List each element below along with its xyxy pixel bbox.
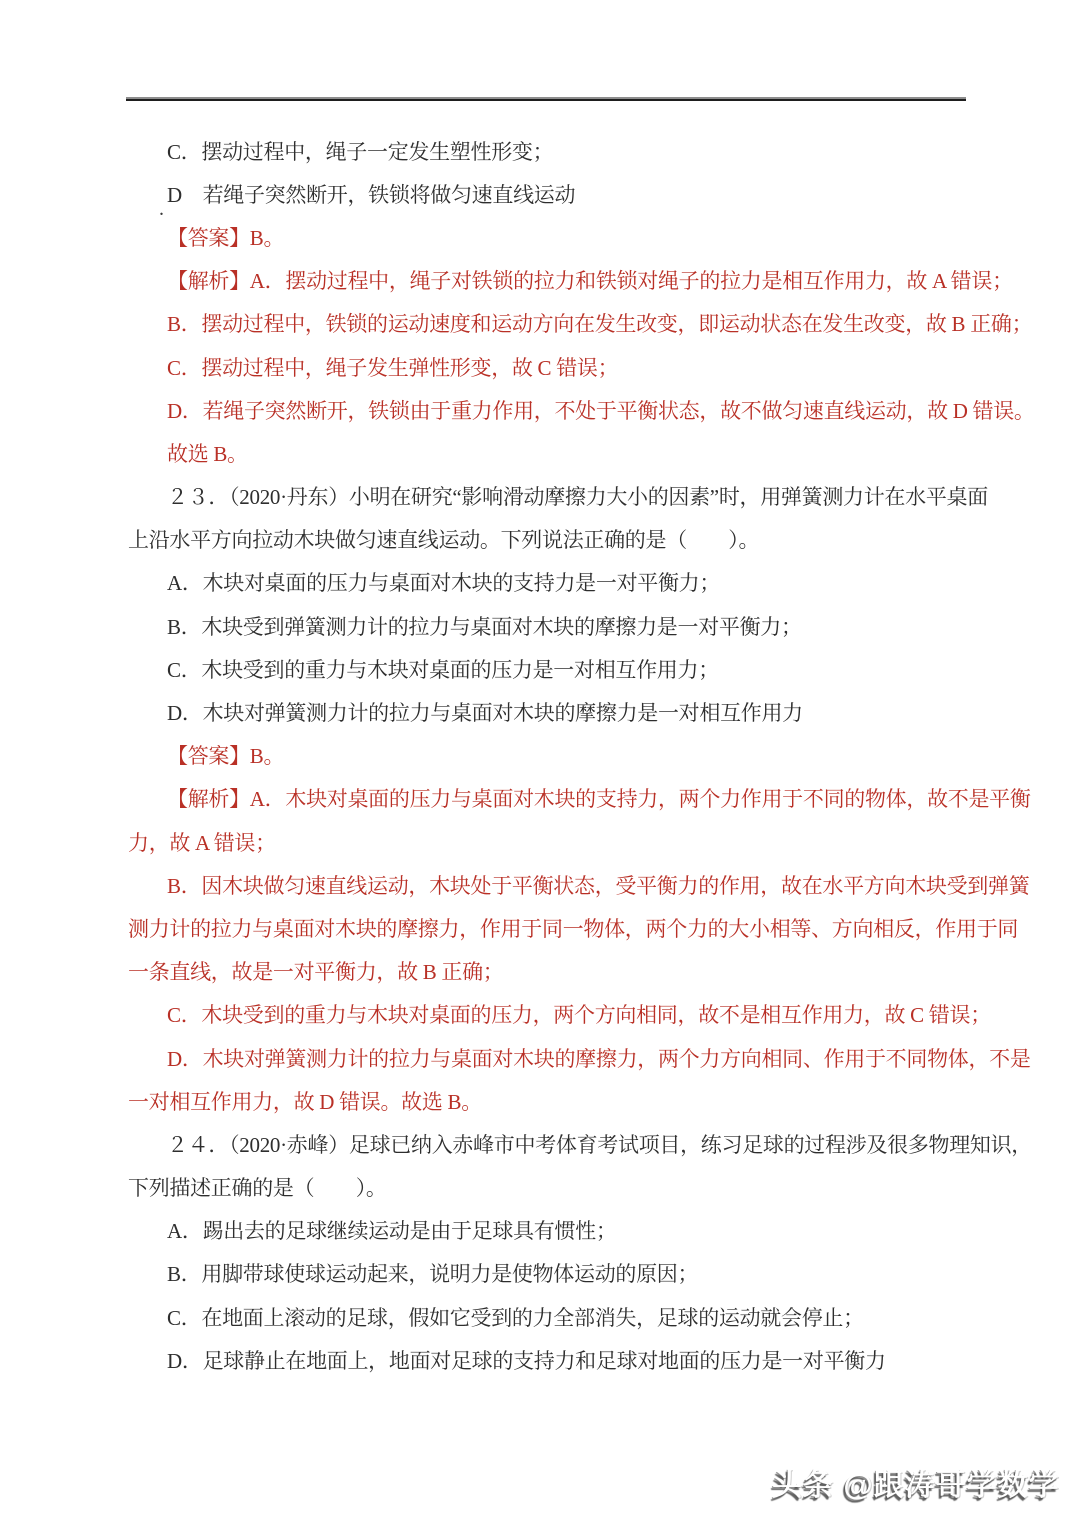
text-line: 【答案】B。 xyxy=(128,215,978,258)
text-line: 力，故 A 错误； xyxy=(128,820,978,863)
text-line: C．在地面上滚动的足球，假如它受到的力全部消失，足球的运动就会停止； xyxy=(128,1295,978,1338)
text-line: C．木块受到的重力与木块对桌面的压力，两个方向相同，故不是相互作用力，故 C 错… xyxy=(128,993,978,1036)
text-line: 一对相互作用力，故 D 错误。故选 B。 xyxy=(128,1079,978,1122)
text-line: 测力计的拉力与桌面对木块的摩擦力，作用于同一物体，两个力的大小相等、方向相反，作… xyxy=(128,906,978,949)
document-body: C．摆动过程中，绳子一定发生塑性形变；D 若绳子突然断开，铁锁将做匀速直线运动【… xyxy=(128,129,978,1381)
text-line: 【解析】A．木块对桌面的压力与桌面对木块的支持力，两个力作用于不同的物体，故不是… xyxy=(128,777,978,820)
text-line: 【答案】B。 xyxy=(128,734,978,777)
text-line: B．摆动过程中，铁锁的运动速度和运动方向在发生改变，即运动状态在发生改变，故 B… xyxy=(128,302,978,345)
text-line: ２３．（2020·丹东）小明在研究“影响滑动摩擦力大小的因素”时，用弹簧测力计在… xyxy=(128,475,978,518)
text-line: B．用脚带球使球运动起来，说明力是使物体运动的原因； xyxy=(128,1252,978,1295)
text-line: 上沿水平方向拉动木块做匀速直线运动。下列说法正确的是（ ）。 xyxy=(128,518,978,561)
text-line: 下列描述正确的是（ ）。 xyxy=(128,1166,978,1209)
text-line: A．木块对桌面的压力与桌面对木块的支持力是一对平衡力； xyxy=(128,561,978,604)
text-line: D．足球静止在地面上，地面对足球的支持力和足球对地面的压力是一对平衡力 xyxy=(128,1338,978,1381)
text-line: D．若绳子突然断开，铁锁由于重力作用，不处于平衡状态，故不做匀速直线运动，故 D… xyxy=(128,388,978,431)
text-line: B．木块受到弹簧测力计的拉力与桌面对木块的摩擦力是一对平衡力； xyxy=(128,604,978,647)
text-line: A．踢出去的足球继续运动是由于足球具有惯性； xyxy=(128,1209,978,1252)
text-line: ２４．（2020·赤峰）足球已纳入赤峰市中考体育考试项目，练习足球的过程涉及很多… xyxy=(128,1122,978,1165)
text-line: 【解析】A．摆动过程中，绳子对铁锁的拉力和铁锁对绳子的拉力是相互作用力，故 A … xyxy=(128,259,978,302)
text-line: C．摆动过程中，绳子一定发生塑性形变； xyxy=(128,129,978,172)
text-line: 故选 B。 xyxy=(128,431,978,474)
text-line: D．木块对弹簧测力计的拉力与桌面对木块的摩擦力是一对相互作用力 xyxy=(128,690,978,733)
text-line: D 若绳子突然断开，铁锁将做匀速直线运动 xyxy=(128,172,978,215)
document-page: C．摆动过程中，绳子一定发生塑性形变；D 若绳子突然断开，铁锁将做匀速直线运动【… xyxy=(0,0,1080,1527)
text-line: B．因木块做匀速直线运动，木块处于平衡状态，受平衡力的作用，故在水平方向木块受到… xyxy=(128,863,978,906)
text-line: 一条直线，故是一对平衡力，故 B 正确； xyxy=(128,950,978,993)
header-divider-line xyxy=(126,97,966,101)
text-line: D．木块对弹簧测力计的拉力与桌面对木块的摩擦力，两个力方向相同、作用于不同物体，… xyxy=(128,1036,978,1079)
scan-artifact-dot: . xyxy=(159,198,164,221)
watermark: 头条 @跟涛哥学数学 xyxy=(772,1460,1060,1504)
text-line: C．木块受到的重力与木块对桌面的压力是一对相互作用力； xyxy=(128,647,978,690)
text-line: C．摆动过程中，绳子发生弹性形变，故 C 错误； xyxy=(128,345,978,388)
